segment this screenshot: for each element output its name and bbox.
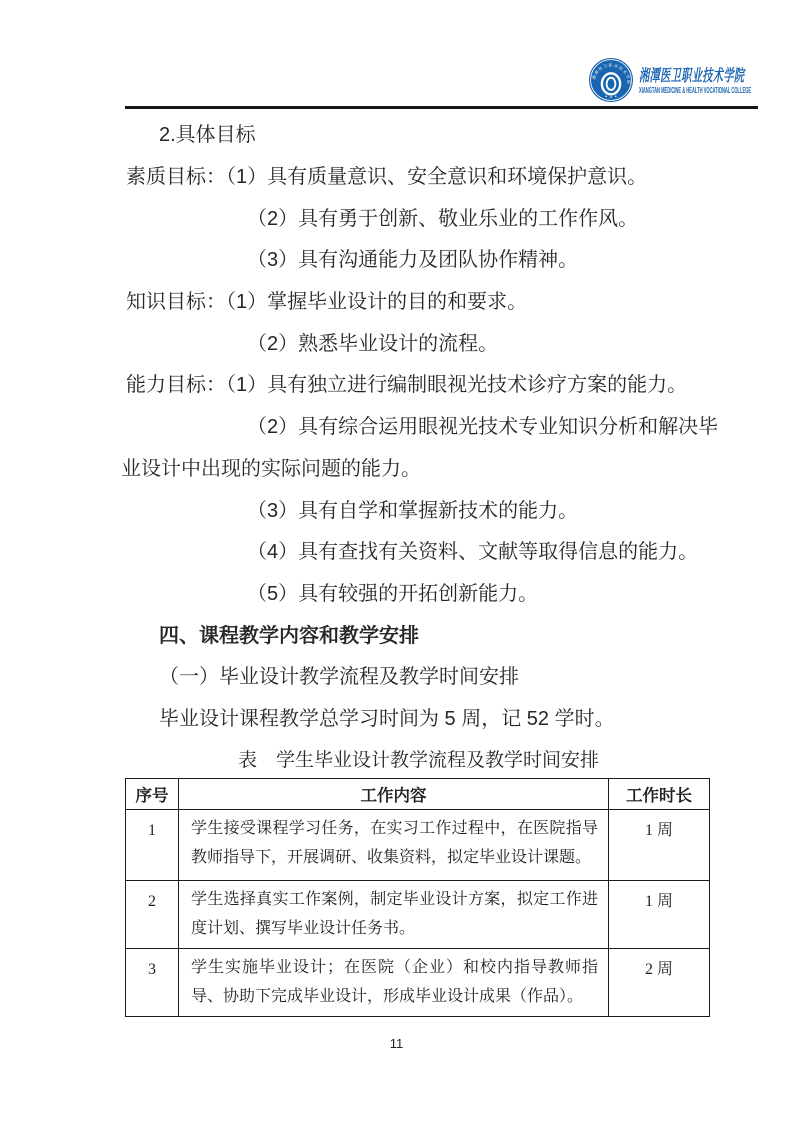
table-header-row: 序号 工作内容 工作时长 bbox=[126, 779, 710, 810]
document-body: 2.具体目标 素质目标：（1）具有质量意识、安全意识和环境保护意识。 （2）具有… bbox=[126, 112, 766, 779]
paragraph-knowledge-goal-2: （2）熟悉毕业设计的流程。 bbox=[126, 320, 766, 362]
document-page: 湘潭医卫职业技术学院 湘潭医卫职业技术学院 XIANGTAN MEDICINE … bbox=[0, 0, 793, 1122]
table-row: 1 学生接受课程学习任务，在实习工作过程中，在医院指导教师指导下，开展调研、收集… bbox=[126, 810, 710, 881]
work-content-cell: 学生选择真实工作案例，制定毕业设计方案，拟定工作进度计划、撰写毕业设计任务书。 bbox=[179, 881, 609, 949]
college-logo-text: 湘潭医卫职业技术学院 XIANGTAN MEDICINE & HEALTH VO… bbox=[639, 66, 749, 95]
subsection-heading: （一）毕业设计教学流程及教学时间安排 bbox=[126, 654, 766, 696]
paragraph-ability-goal-4: （4）具有查找有关资料、文献等取得信息的能力。 bbox=[126, 529, 766, 571]
intro-line: 毕业设计课程教学总学习时间为 5 周，记 52 学时。 bbox=[126, 696, 766, 738]
college-emblem-icon: 湘潭医卫职业技术学院 bbox=[588, 57, 634, 103]
paragraph-ability-goal-2b: 业设计中出现的实际问题的能力。 bbox=[121, 446, 766, 488]
row-number-cell: 1 bbox=[126, 810, 179, 881]
paragraph-quality-goal-3: （3）具有沟通能力及团队协作精神。 bbox=[126, 237, 766, 279]
row-number-cell: 3 bbox=[126, 949, 179, 1017]
work-content-cell: 学生实施毕业设计；在医院（企业）和校内指导教师指导、协助下完成毕业设计，形成毕业… bbox=[179, 949, 609, 1017]
duration-cell: 2 周 bbox=[609, 949, 710, 1017]
college-logo: 湘潭医卫职业技术学院 湘潭医卫职业技术学院 XIANGTAN MEDICINE … bbox=[588, 55, 753, 105]
college-name-en: XIANGTAN MEDICINE & HEALTH VOCATIONAL CO… bbox=[639, 86, 695, 95]
paragraph-ability-goal-2a: （2）具有综合运用眼视光技术专业知识分析和解决毕 bbox=[126, 404, 766, 446]
work-content-cell: 学生接受课程学习任务，在实习工作过程中，在医院指导教师指导下，开展调研、收集资料… bbox=[179, 810, 609, 881]
schedule-table: 序号 工作内容 工作时长 1 学生接受课程学习任务，在实习工作过程中，在医院指导… bbox=[125, 778, 710, 1017]
paragraph-knowledge-goal-1: 知识目标：（1）掌握毕业设计的目的和要求。 bbox=[126, 279, 766, 321]
table-caption: 表 学生毕业设计教学流程及教学时间安排 bbox=[126, 737, 711, 779]
col-header-number: 序号 bbox=[126, 779, 179, 810]
paragraph-ability-goal-1: 能力目标：（1）具有独立进行编制眼视光技术诊疗方案的能力。 bbox=[126, 362, 766, 404]
table-row: 2 学生选择真实工作案例，制定毕业设计方案，拟定工作进度计划、撰写毕业设计任务书… bbox=[126, 881, 710, 949]
page-number: 11 bbox=[390, 1036, 404, 1051]
paragraph-ability-goal-5: （5）具有较强的开拓创新能力。 bbox=[126, 571, 766, 613]
paragraph-quality-goal-1: 素质目标：（1）具有质量意识、安全意识和环境保护意识。 bbox=[126, 154, 766, 196]
college-name-zh: 湘潭医卫职业技术学院 bbox=[639, 66, 707, 86]
table-row: 3 学生实施毕业设计；在医院（企业）和校内指导教师指导、协助下完成毕业设计，形成… bbox=[126, 949, 710, 1017]
page-footer: 11 bbox=[0, 1036, 793, 1051]
duration-cell: 1 周 bbox=[609, 881, 710, 949]
paragraph-quality-goal-2: （2）具有勇于创新、敬业乐业的工作作风。 bbox=[126, 195, 766, 237]
header-rule bbox=[125, 106, 758, 109]
duration-cell: 1 周 bbox=[609, 810, 710, 881]
section-heading: 四、课程教学内容和教学安排 bbox=[126, 612, 766, 654]
col-header-duration: 工作时长 bbox=[609, 779, 710, 810]
col-header-work-content: 工作内容 bbox=[179, 779, 609, 810]
paragraph-specific-goals: 2.具体目标 bbox=[126, 112, 766, 154]
paragraph-ability-goal-3: （3）具有自学和掌握新技术的能力。 bbox=[126, 487, 766, 529]
row-number-cell: 2 bbox=[126, 881, 179, 949]
